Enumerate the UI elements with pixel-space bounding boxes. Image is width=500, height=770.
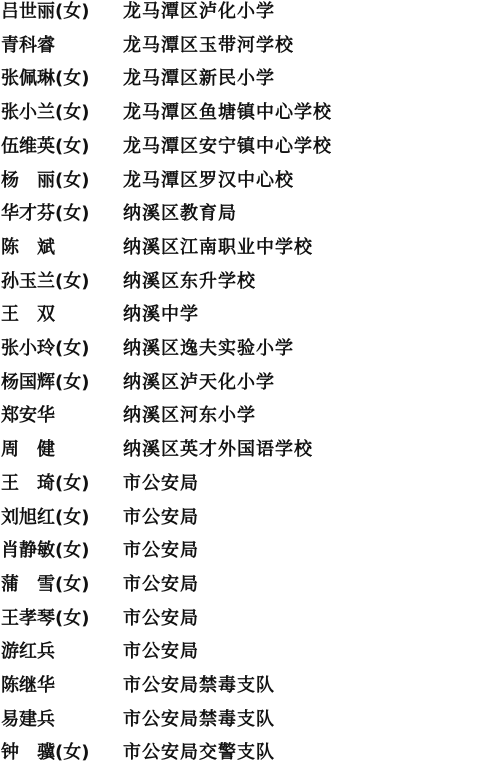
list-item: 游红兵 市公安局: [0, 640, 500, 670]
person-name: 易建兵: [1, 708, 55, 732]
organization: 市公安局交警支队: [123, 741, 275, 765]
organization: 市公安局: [123, 539, 199, 563]
person-name: 钟 骥(女): [1, 741, 89, 765]
organization: 纳溪区英才外国语学校: [123, 438, 313, 462]
list-item: 张佩琳(女) 龙马潭区新民小学: [0, 67, 500, 97]
person-name: 游红兵: [1, 640, 55, 664]
person-name: 陈 斌: [1, 236, 55, 260]
organization: 市公安局: [123, 472, 199, 496]
person-name: 陈继华: [1, 674, 55, 698]
list-item: 郑安华 纳溪区河东小学: [0, 404, 500, 434]
person-name: 王 琦(女): [1, 472, 89, 496]
organization: 市公安局: [123, 506, 199, 530]
person-name: 肖静敏(女): [1, 539, 89, 563]
person-name: 吕世丽(女): [1, 0, 89, 24]
list-item: 蒲 雪(女) 市公安局: [0, 573, 500, 603]
person-name: 张小兰(女): [1, 101, 89, 125]
person-name: 伍维英(女): [1, 135, 89, 159]
list-item: 刘旭红(女) 市公安局: [0, 506, 500, 536]
list-item: 王 双 纳溪中学: [0, 303, 500, 333]
organization: 市公安局禁毒支队: [123, 674, 275, 698]
person-name: 杨 丽(女): [1, 169, 89, 193]
organization: 纳溪区泸天化小学: [123, 371, 275, 395]
organization: 市公安局禁毒支队: [123, 708, 275, 732]
list-item: 杨 丽(女) 龙马潭区罗汉中心校: [0, 169, 500, 199]
organization: 市公安局: [123, 607, 199, 631]
list-item: 易建兵 市公安局禁毒支队: [0, 708, 500, 738]
organization: 纳溪区教育局: [123, 202, 237, 226]
organization: 纳溪区东升学校: [123, 270, 256, 294]
organization: 纳溪区逸夫实验小学: [123, 337, 294, 361]
list-item: 王孝琴(女) 市公安局: [0, 607, 500, 637]
list-item: 王 琦(女) 市公安局: [0, 472, 500, 502]
organization: 市公安局: [123, 640, 199, 664]
list-item: 青科睿 龙马潭区玉带河学校: [0, 34, 500, 64]
list-item: 吕世丽(女) 龙马潭区泸化小学: [0, 0, 500, 30]
organization: 纳溪区江南职业中学校: [123, 236, 313, 260]
list-item: 张小兰(女) 龙马潭区鱼塘镇中心学校: [0, 101, 500, 131]
person-name: 周 健: [1, 438, 55, 462]
organization: 龙马潭区新民小学: [123, 67, 275, 91]
person-name: 王孝琴(女): [1, 607, 89, 631]
organization: 龙马潭区安宁镇中心学校: [123, 135, 332, 159]
person-name: 青科睿: [1, 34, 55, 58]
person-name: 郑安华: [1, 404, 55, 428]
list-item: 伍维英(女) 龙马潭区安宁镇中心学校: [0, 135, 500, 165]
organization: 纳溪中学: [123, 303, 199, 327]
person-name: 刘旭红(女): [1, 506, 89, 530]
list-item: 孙玉兰(女) 纳溪区东升学校: [0, 270, 500, 300]
organization: 龙马潭区鱼塘镇中心学校: [123, 101, 332, 125]
person-name: 张佩琳(女): [1, 67, 89, 91]
list-item: 陈 斌 纳溪区江南职业中学校: [0, 236, 500, 266]
person-name: 张小玲(女): [1, 337, 89, 361]
organization: 龙马潭区玉带河学校: [123, 34, 294, 58]
list-item: 张小玲(女) 纳溪区逸夫实验小学: [0, 337, 500, 367]
person-name: 孙玉兰(女): [1, 270, 89, 294]
list-item: 肖静敏(女) 市公安局: [0, 539, 500, 569]
list-item: 陈继华 市公安局禁毒支队: [0, 674, 500, 704]
organization: 龙马潭区泸化小学: [123, 0, 275, 24]
person-name: 华才芬(女): [1, 202, 89, 226]
organization: 龙马潭区罗汉中心校: [123, 169, 294, 193]
list-item: 华才芬(女) 纳溪区教育局: [0, 202, 500, 232]
person-name: 蒲 雪(女): [1, 573, 89, 597]
list-item: 钟 骥(女) 市公安局交警支队: [0, 741, 500, 770]
person-name: 杨国辉(女): [1, 371, 89, 395]
person-name: 王 双: [1, 303, 55, 327]
list-item: 杨国辉(女) 纳溪区泸天化小学: [0, 371, 500, 401]
organization: 纳溪区河东小学: [123, 404, 256, 428]
list-item: 周 健 纳溪区英才外国语学校: [0, 438, 500, 468]
organization: 市公安局: [123, 573, 199, 597]
